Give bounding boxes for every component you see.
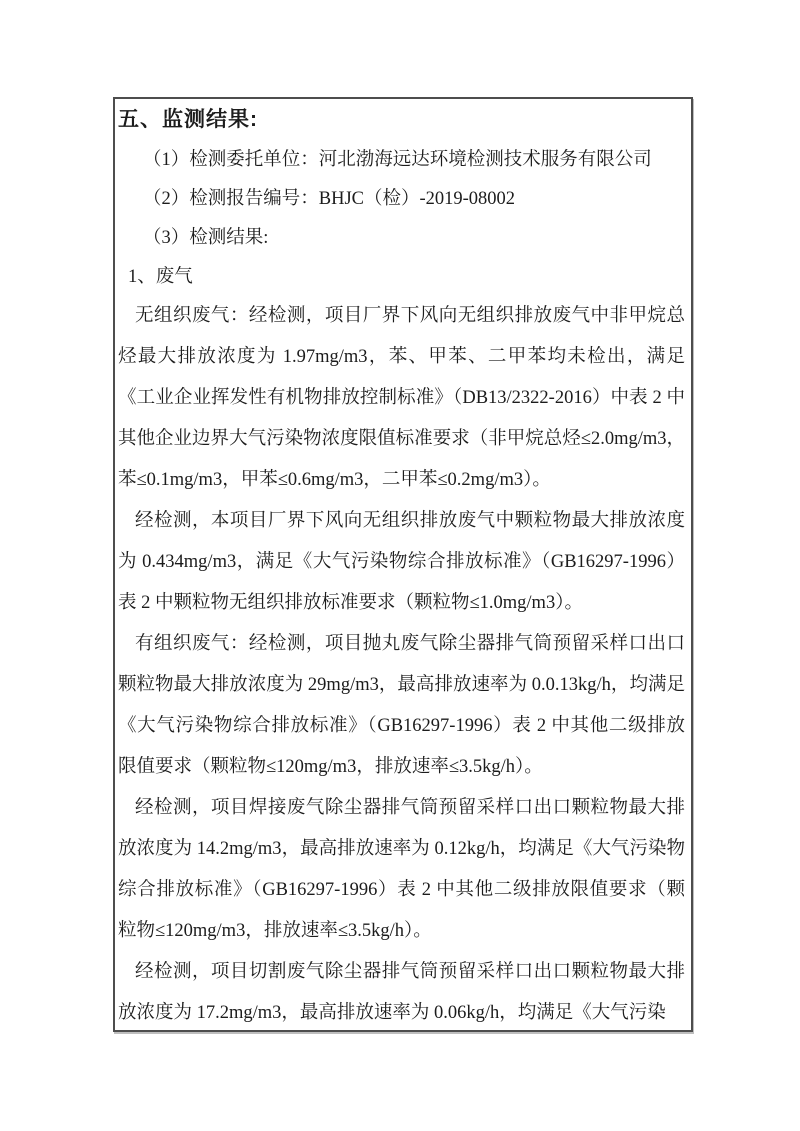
body-paragraph-cutting: 经检测，项目切割废气除尘器排气筒预留采样口出口颗粒物最大排放浓度为 17.2mg…: [118, 952, 685, 1032]
body-paragraph-organized-shot-blasting: 有组织废气：经检测，项目抛丸废气除尘器排气筒预留采样口出口颗粒物最大排放浓度为 …: [118, 624, 685, 788]
meta-list: （1）检测委托单位：河北渤海远达环境检测技术服务有限公司 （2）检测报告编号：B…: [143, 141, 685, 258]
meta-item-results-label: （3）检测结果:: [143, 219, 685, 258]
subsection-heading-waste-gas: 1、废气: [128, 258, 685, 296]
document-border-box: 五、监测结果: （1）检测委托单位：河北渤海远达环境检测技术服务有限公司 （2）…: [113, 97, 693, 1032]
body-paragraph-welding: 经检测，项目焊接废气除尘器排气筒预留采样口出口颗粒物最大排放浓度为 14.2mg…: [118, 788, 685, 952]
paragraphs-container: 无组织废气：经检测，项目厂界下风向无组织排放废气中非甲烷总烃最大排放浓度为 1.…: [118, 296, 685, 1032]
body-paragraph-unorganized-particulate: 经检测，本项目厂界下风向无组织排放废气中颗粒物最大排放浓度为 0.434mg/m…: [118, 501, 685, 624]
meta-item-report-number: （2）检测报告编号：BHJC（检）-2019-08002: [143, 180, 685, 219]
body-paragraph-unorganized-voc: 无组织废气：经检测，项目厂界下风向无组织排放废气中非甲烷总烃最大排放浓度为 1.…: [118, 296, 685, 501]
section-title: 五、监测结果:: [118, 105, 685, 135]
meta-item-commission-unit: （1）检测委托单位：河北渤海远达环境检测技术服务有限公司: [143, 141, 685, 180]
